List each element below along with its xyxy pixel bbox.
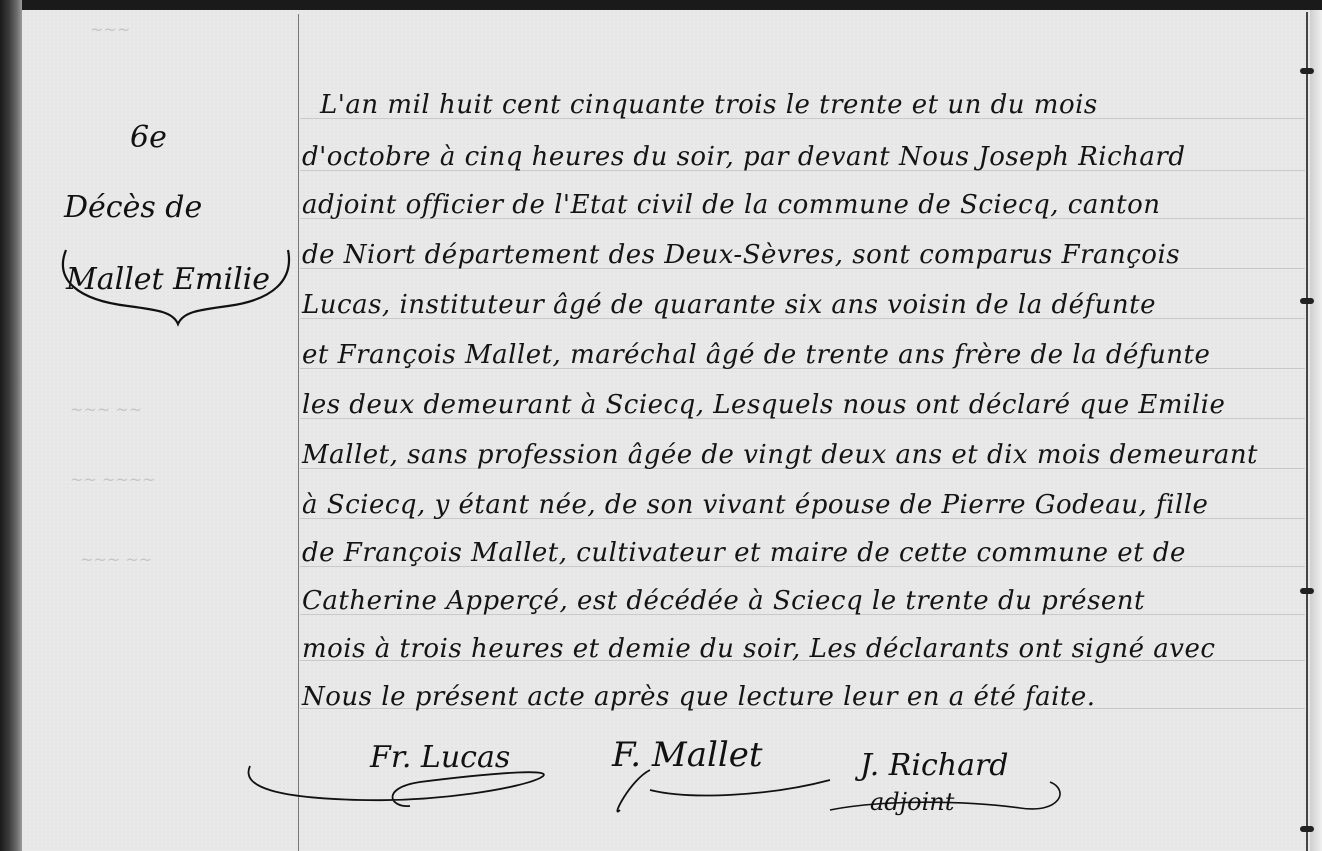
book-binding: [0, 0, 22, 851]
record-line: les deux demeurant à Sciecq, Lesquels no…: [302, 390, 1225, 420]
signature-flourish: [240, 748, 600, 818]
binding-stitch: [1300, 826, 1314, 832]
record-line: Mallet, sans profession âgée de vingt de…: [302, 440, 1258, 470]
binding-stitch: [1300, 68, 1314, 74]
page-right-edge: [1310, 10, 1322, 851]
register-page: [22, 10, 1310, 851]
record-line: adjoint officier de l'Etat civil de la c…: [302, 190, 1160, 220]
record-line: et François Mallet, maréchal âgé de tren…: [302, 340, 1210, 370]
signature-flourish: [590, 760, 850, 820]
bleed-through-text: ~~~ ~~: [70, 400, 142, 419]
record-line: Nous le présent acte après que lecture l…: [302, 682, 1096, 712]
record-line: mois à trois heures et demie du soir, Le…: [302, 634, 1215, 664]
record-line: Catherine Apperçé, est décédée à Sciecq …: [302, 586, 1145, 616]
record-line: L'an mil huit cent cinquante trois le tr…: [320, 90, 1098, 120]
bleed-through-text: ~~~ ~~: [80, 550, 152, 569]
record-line: à Sciecq, y étant née, de son vivant épo…: [302, 490, 1208, 520]
bleed-through-text: ~~ ~~~~: [70, 470, 156, 489]
bleed-through-text: ~~~: [90, 20, 130, 39]
right-border-rule: [1306, 12, 1308, 851]
binding-stitch: [1300, 588, 1314, 594]
margin-rule: [298, 14, 299, 851]
record-line: de Niort département des Deux-Sèvres, so…: [302, 240, 1180, 270]
signature-flourish: [820, 770, 1080, 830]
record-line: Lucas, instituteur âgé de quarante six a…: [302, 290, 1156, 320]
entry-number: 6e: [130, 120, 167, 155]
record-line: d'octobre à cinq heures du soir, par dev…: [302, 142, 1186, 172]
binding-stitch: [1300, 298, 1314, 304]
entry-title: Décès de: [64, 190, 202, 225]
record-line: de François Mallet, cultivateur et maire…: [302, 538, 1186, 568]
name-bracket-flourish: [58, 240, 298, 330]
